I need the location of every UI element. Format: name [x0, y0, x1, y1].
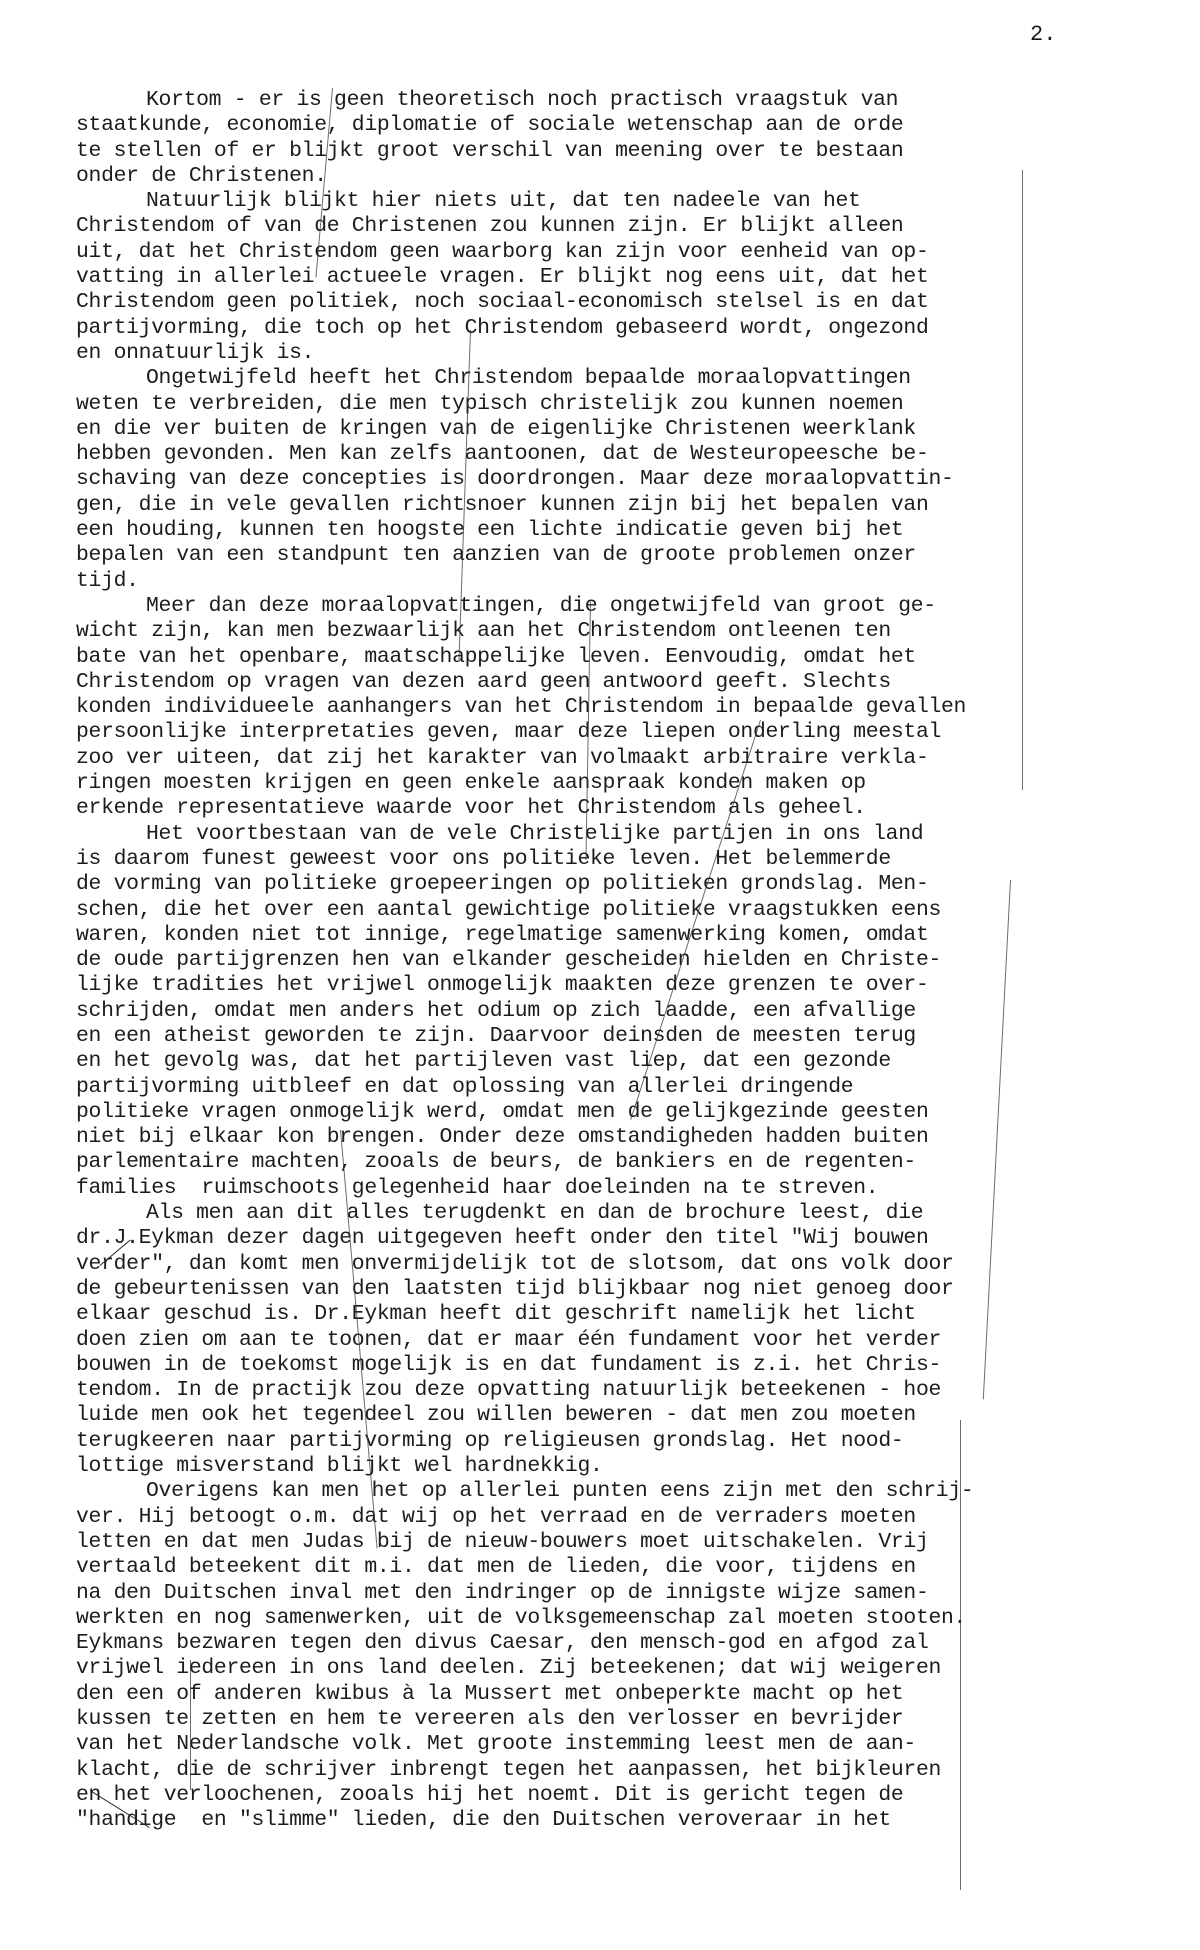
- text-line: lottige misverstand blijkt wel hardnekki…: [76, 1454, 1186, 1479]
- fold-line: [960, 1420, 961, 1890]
- fold-line: [1022, 170, 1023, 790]
- text-line: waren, konden niet tot innige, regelmati…: [76, 923, 1186, 948]
- text-line: en het verloochenen, zooals hij het noem…: [76, 1783, 1186, 1808]
- typed-text-body: Kortom - er is geen theoretisch noch pra…: [76, 88, 1186, 1833]
- text-line: Het voortbestaan van de vele Christelijk…: [76, 822, 1186, 847]
- text-line: parlementaire machten, zooals de beurs, …: [76, 1150, 1186, 1175]
- text-line: families ruimschoots gelegenheid haar do…: [76, 1176, 1186, 1201]
- page-number: 2.: [1030, 22, 1056, 47]
- text-line: dr.J.Eykman dezer dagen uitgegeven heeft…: [76, 1226, 1186, 1251]
- text-line: klacht, die de schrijver inbrengt tegen …: [76, 1758, 1186, 1783]
- text-line: luide men ook het tegendeel zou willen b…: [76, 1403, 1186, 1428]
- text-line: Eykmans bezwaren tegen den divus Caesar,…: [76, 1631, 1186, 1656]
- text-line: den een of anderen kwibus à la Mussert m…: [76, 1682, 1186, 1707]
- text-line: elkaar geschud is. Dr.Eykman heeft dit g…: [76, 1302, 1186, 1327]
- text-line: tendom. In de practijk zou deze opvattin…: [76, 1378, 1186, 1403]
- text-line: te stellen of er blijkt groot verschil v…: [76, 139, 1186, 164]
- text-line: Meer dan deze moraalopvattingen, die ong…: [76, 594, 1186, 619]
- text-line: politieke vragen onmogelijk werd, omdat …: [76, 1100, 1186, 1125]
- text-line: persoonlijke interpretaties geven, maar …: [76, 720, 1186, 745]
- text-line: na den Duitschen inval met den indringer…: [76, 1581, 1186, 1606]
- text-line: van het Nederlandsche volk. Met groote i…: [76, 1732, 1186, 1757]
- text-line: weten te verbreiden, die men typisch chr…: [76, 392, 1186, 417]
- text-line: Kortom - er is geen theoretisch noch pra…: [76, 88, 1186, 113]
- text-line: ringen moesten krijgen en geen enkele aa…: [76, 771, 1186, 796]
- text-line: staatkunde, economie, diplomatie of soci…: [76, 113, 1186, 138]
- text-line: verder", dan komt men onvermijdelijk tot…: [76, 1252, 1186, 1277]
- text-line: kussen te zetten en hem te vereeren als …: [76, 1707, 1186, 1732]
- text-line: zoo ver uiteen, dat zij het karakter van…: [76, 746, 1186, 771]
- text-line: hebben gevonden. Men kan zelfs aantoonen…: [76, 442, 1186, 467]
- text-line: en het gevolg was, dat het partijleven v…: [76, 1049, 1186, 1074]
- text-line: doen zien om aan te toonen, dat er maar …: [76, 1328, 1186, 1353]
- text-line: erkende representatieve waarde voor het …: [76, 796, 1186, 821]
- text-line: Als men aan dit alles terugdenkt en dan …: [76, 1201, 1186, 1226]
- text-line: Christendom geen politiek, noch sociaal-…: [76, 290, 1186, 315]
- text-line: werkten en nog samenwerken, uit de volks…: [76, 1606, 1186, 1631]
- text-line: de vorming van politieke groepeeringen o…: [76, 872, 1186, 897]
- text-line: letten en dat men Judas bij de nieuw-bou…: [76, 1530, 1186, 1555]
- text-line: konden individueele aanhangers van het C…: [76, 695, 1186, 720]
- text-line: bepalen van een standpunt ten aanzien va…: [76, 543, 1186, 568]
- text-line: schen, die het over een aantal gewichtig…: [76, 898, 1186, 923]
- text-line: lijke tradities het vrijwel onmogelijk m…: [76, 973, 1186, 998]
- text-line: Ongetwijfeld heeft het Christendom bepaa…: [76, 366, 1186, 391]
- text-line: uit, dat het Christendom geen waarborg k…: [76, 240, 1186, 265]
- text-line: Christendom op vragen van dezen aard gee…: [76, 670, 1186, 695]
- text-line: vertaald beteekent dit m.i. dat men de l…: [76, 1555, 1186, 1580]
- text-line: schrijden, omdat men anders het odium op…: [76, 999, 1186, 1024]
- text-line: een houding, kunnen ten hoogste een lich…: [76, 518, 1186, 543]
- text-line: vatting in allerlei actueele vragen. Er …: [76, 265, 1186, 290]
- text-line: bouwen in de toekomst mogelijk is en dat…: [76, 1353, 1186, 1378]
- text-line: Natuurlijk blijkt hier niets uit, dat te…: [76, 189, 1186, 214]
- text-line: en een atheist geworden te zijn. Daarvoo…: [76, 1024, 1186, 1049]
- text-line: schaving van deze concepties is doordron…: [76, 467, 1186, 492]
- text-line: de oude partijgrenzen hen van elkander g…: [76, 948, 1186, 973]
- fold-line: [190, 1660, 191, 1790]
- text-line: onder de Christenen.: [76, 164, 1186, 189]
- text-line: tijd.: [76, 569, 1186, 594]
- text-line: partijvorming uitbleef en dat oplossing …: [76, 1075, 1186, 1100]
- text-line: bate van het openbare, maatschappelijke …: [76, 645, 1186, 670]
- typed-page: 2. Kortom - er is geen theoretisch noch …: [0, 0, 1200, 1950]
- text-line: ver. Hij betoogt o.m. dat wij op het ver…: [76, 1505, 1186, 1530]
- text-line: niet bij elkaar kon brengen. Onder deze …: [76, 1125, 1186, 1150]
- text-line: Christendom of van de Christenen zou kun…: [76, 214, 1186, 239]
- text-line: is daarom funest geweest voor ons politi…: [76, 847, 1186, 872]
- text-line: terugkeeren naar partijvorming op religi…: [76, 1429, 1186, 1454]
- text-line: en die ver buiten de kringen van de eige…: [76, 417, 1186, 442]
- text-line: gen, die in vele gevallen richtsnoer kun…: [76, 493, 1186, 518]
- text-line: Overigens kan men het op allerlei punten…: [76, 1479, 1186, 1504]
- text-line: "handige en "slimme" lieden, die den Dui…: [76, 1808, 1186, 1833]
- text-line: de gebeurtenissen van den laatsten tijd …: [76, 1277, 1186, 1302]
- text-line: partijvorming, die toch op het Christend…: [76, 316, 1186, 341]
- text-line: wicht zijn, kan men bezwaarlijk aan het …: [76, 619, 1186, 644]
- text-line: vrijwel iedereen in ons land deelen. Zij…: [76, 1656, 1186, 1681]
- text-line: en onnatuurlijk is.: [76, 341, 1186, 366]
